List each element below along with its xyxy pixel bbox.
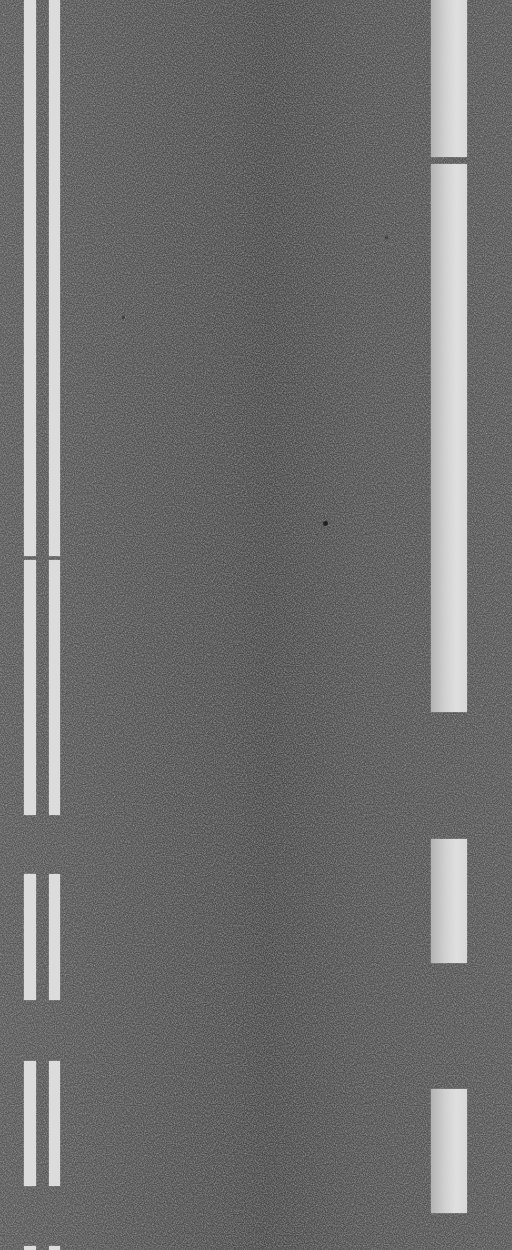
left-line-2-seg-1 bbox=[49, 0, 60, 556]
left-line-1-seg-1 bbox=[24, 0, 36, 556]
asphalt-spot bbox=[323, 521, 328, 526]
left-line-1-seg-2 bbox=[24, 560, 36, 815]
left-line-1-seg-5 bbox=[24, 1246, 36, 1250]
left-line-2-seg-4 bbox=[49, 1061, 60, 1186]
left-line-1-seg-4 bbox=[24, 1061, 36, 1186]
left-line-2-seg-3 bbox=[49, 874, 60, 1000]
left-line-1-seg-3 bbox=[24, 874, 36, 1000]
right-dash-1 bbox=[431, 0, 467, 157]
left-line-2-seg-5 bbox=[49, 1246, 60, 1250]
right-dash-3 bbox=[431, 839, 467, 963]
right-dash-4 bbox=[431, 1089, 467, 1213]
right-dash-2 bbox=[431, 164, 467, 712]
asphalt-spot bbox=[385, 236, 388, 239]
left-line-2-seg-2 bbox=[49, 560, 60, 815]
road-photo bbox=[0, 0, 512, 1250]
asphalt-spot bbox=[122, 316, 125, 319]
